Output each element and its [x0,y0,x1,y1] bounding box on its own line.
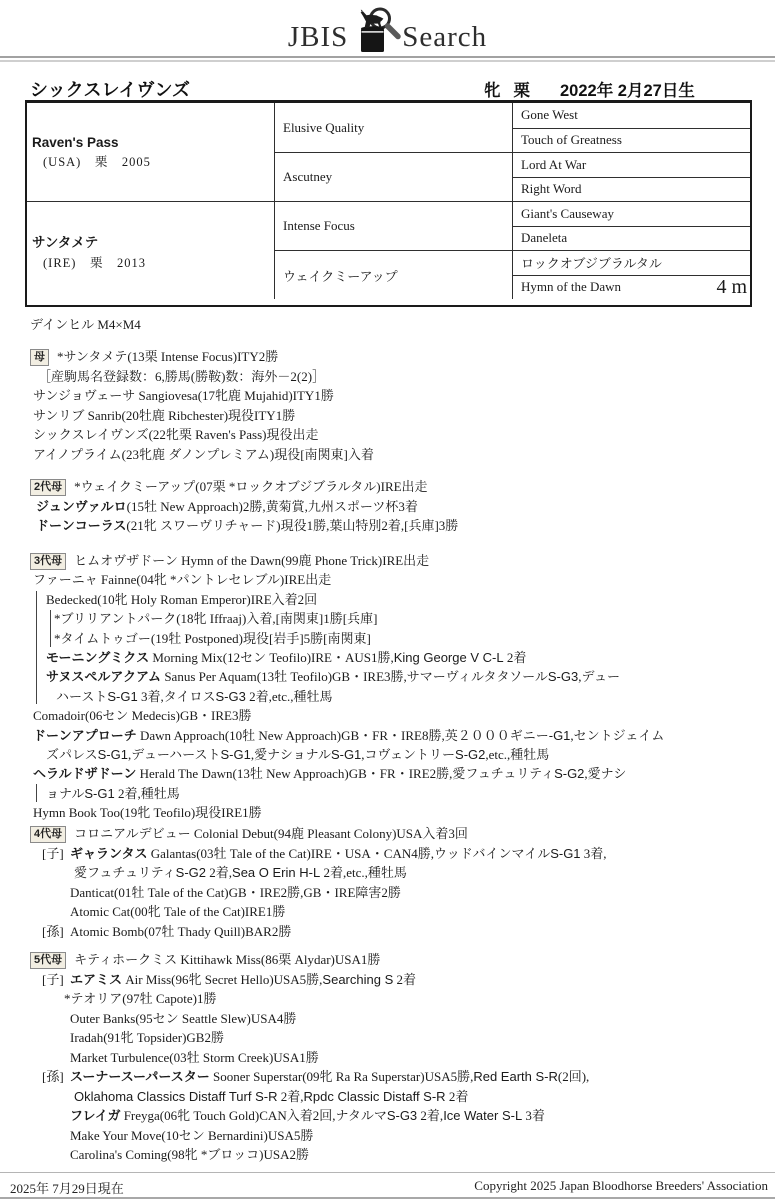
pedigree-text: Searching S [322,972,393,987]
pedigree-text: 愛フュチュリティS-G2 [452,766,584,781]
pedigree-line: Comadoir(06セン Medecis)GB・IRE3勝 [0,706,775,725]
pedigree-text: Outer Banks(95セン Seattle Slew)USA4勝 [70,1011,296,1026]
pedigree-report-page: JBIS Search シックスレイヴンズ 牝 栗 2022年 2月27日生 R… [0,0,775,1200]
horse-profile-summary: 牝 栗 2022年 2月27日生 [484,77,695,101]
fourth-dam-section: 4代母コロニアルデビュー Colonial Debut(94鹿 Pleasant… [0,824,775,941]
pedigree-text: [孫] [42,922,70,942]
pedigree-text: *ウェイクミーアップ(07栗 *ロックオブジブラルタル)IRE出走 [74,479,427,494]
pedigree-text: Dawn Approach(10牡 New Approach)GB・FR・IRE… [137,728,445,743]
pedigree-text: ナタルマS-G3 [335,1108,417,1123]
pedigree-line: ズパレスS-G1,デューハーストS-G1,愛ナショナルS-G1,コヴェントリーS… [0,745,775,764]
dam-name: サンタメテ [32,231,98,251]
pedigree-text: ,etc.,種牡馬 [485,747,549,762]
grandparent-cell: Intense Focus [274,201,512,250]
pedigree-line: Iradah(91牝 Topsider)GB2勝 [0,1028,775,1048]
ancestor-name: Hymn of the Dawn [521,279,621,295]
pedigree-text: Ice Water S-L [443,1108,522,1123]
pedigree-text: ヘラルドザドーン [33,766,136,781]
pedigree-line: サンリブ Sanrib(20牡鹿 Ribchester)現役ITY1勝 [0,406,775,426]
tree-connector-line [50,610,51,647]
pedigree-text: 2着,種牡馬 [115,786,180,801]
great-grandparent-cell: Hymn of the Dawn 4 m [512,275,750,300]
pedigree-line: Danticat(01牡 Tale of the Cat)GB・IRE2勝,GB… [0,883,775,903]
pedigree-text: Atomic Bomb(07牡 Thady Quill)BAR2勝 [70,924,291,939]
dam-section: 母*サンタメテ(13栗 Intense Focus)ITY2勝［産駒馬名登録数：… [0,347,775,464]
pedigree-text: Freyga(06牝 Touch Gold)CAN入着2回, [120,1108,335,1123]
coat-label: 栗 [514,77,531,101]
pedigree-line: 愛フュチュリティS-G2 2着,Sea O Erin H-L 2着,etc.,種… [0,863,775,883]
tree-connector-line [36,784,37,802]
pedigree-text: Market Turbulence(03牡 Storm Creek)USA1勝 [70,1050,319,1065]
pedigree-text: ウッドバインマイルS-G1 [434,846,581,861]
pedigree-text: サヌスペルアクアム [46,669,161,684]
sex-label: 牝 [484,77,501,101]
tree-connector-line [36,591,37,704]
pedigree-line: Make Your Move(10セン Bernardini)USA5勝 [0,1126,775,1146]
pedigree-line: ファーニャ Fainne(04牝 *パントレセレブル)IRE出走 [0,570,775,589]
pedigree-text: ギャランタス [70,846,147,861]
pedigree-line: Atomic Cat(00牝 Tale of the Cat)IRE1勝 [0,902,775,922]
pedigree-text: ハーストS-G1 [56,689,138,704]
great-grandparent-cell: Daneleta [512,226,750,251]
pedigree-text: Rpdc Classic Distaff S-R [304,1089,446,1104]
pedigree-text: 2着, [206,865,232,880]
pedigree-text: *タイムトゥゴー(19牡 Postponed)現役[岩手]5勝[南関東] [54,631,371,646]
pedigree-text: Carolina's Coming(98牝 *ブロッコ)USA2勝 [70,1147,309,1162]
pedigree-text: 2着 [446,1089,469,1104]
pedigree-text: Hymn Book Too(19牝 Teofilo)現役IRE1勝 [33,805,262,820]
pedigree-text: コロニアルデビュー Colonial Debut(94鹿 Pleasant Co… [74,826,468,841]
pedigree-line: Carolina's Coming(98牝 *ブロッコ)USA2勝 [0,1145,775,1165]
footer-date: 2025年 7月29日現在 [10,1178,124,1197]
grandparent-cell: Ascutney [274,152,512,201]
generation-label: 3代母 [30,553,66,570]
pedigree-line: [子]ギャランタス Galantas(03牡 Tale of the Cat)I… [0,844,775,864]
pedigree-text: サマーヴィルタタソールS-G3 [407,669,578,684]
pedigree-text: 2着, [417,1108,443,1123]
pedigree-line: 3代母ヒムオヴザドーン Hymn of the Dawn(99鹿 Phone T… [0,551,775,570]
pedigree-line: [孫]Atomic Bomb(07牡 Thady Quill)BAR2勝 [0,922,775,942]
header-double-rule-top [0,56,775,58]
pedigree-line: Market Turbulence(03牡 Storm Creek)USA1勝 [0,1048,775,1068]
pedigree-text: デューハーストS-G1 [131,747,251,762]
pedigree-text: スーナースーパースター [70,1069,210,1084]
pedigree-line: *タイムトゥゴー(19牡 Postponed)現役[岩手]5勝[南関東] [0,629,775,648]
pedigree-line: モーニングミクス Morning Mix(12セン Teofilo)IRE・AU… [0,648,775,667]
pedigree-text: [子] [42,970,70,990]
pedigree-text: ［産駒馬名登録数：6,勝馬(勝鞍)数：海外－2(2)］ [38,369,325,384]
pedigree-line: 4代母コロニアルデビュー Colonial Debut(94鹿 Pleasant… [0,824,775,844]
pedigree-line: *テオリア(97牡 Capote)1勝 [0,989,775,1009]
family-number: 4 m [716,276,750,299]
pedigree-text: 2着, [277,1089,303,1104]
pedigree-text: Atomic Cat(00牝 Tale of the Cat)IRE1勝 [70,904,285,919]
pedigree-line: ョナルS-G1 2着,種牡馬 [0,784,775,803]
pedigree-text: 2着 [393,972,416,987]
birth-date-label: 2022年 2月27日生 [560,77,695,101]
pedigree-text: ズパレスS-G1 [46,747,128,762]
pedigree-text: 葉山特別 [329,518,381,533]
pedigree-text: タイロスS-G3 [164,689,246,704]
pedigree-text: Oklahoma Classics Distaff Turf S-R [74,1089,277,1104]
pedigree-line: サヌスペルアクアム Sanus Per Aquam(13牡 Teofilo)GB… [0,667,775,686]
pedigree-text: Sanus Per Aquam(13牡 Teofilo)GB・IRE3勝, [161,669,407,684]
pedigree-text: Herald The Dawn(13牡 New Approach)GB・FR・I… [136,766,452,781]
pedigree-text: ジュンヴァルロ [36,499,127,514]
great-grandparent-cell: Gone West [512,103,750,128]
pedigree-text: Comadoir(06セン Medecis)GB・IRE3勝 [33,708,251,723]
pedigree-text: 3着 [522,1108,545,1123]
pedigree-text: (2回), [558,1069,589,1084]
pedigree-text: Sooner Superstar(09牝 Ra Ra Superstar)USA… [210,1069,474,1084]
pedigree-line: Outer Banks(95セン Seattle Slew)USA4勝 [0,1009,775,1029]
logo-text-jbis: JBIS [288,23,348,54]
bottom-rule [0,1197,775,1199]
inbreeding-note: デインヒル M4×M4 [30,314,141,333]
pedigree-text: 愛フュチュリティS-G2 [74,865,206,880]
third-dam-section: 3代母ヒムオヴザドーン Hymn of the Dawn(99鹿 Phone T… [0,551,775,822]
pedigree-text: 3着, [138,689,164,704]
pedigree-line: Oklahoma Classics Distaff Turf S-R 2着,Rp… [0,1087,775,1107]
pedigree-text: Air Miss(96牝 Secret Hello)USA5勝, [122,972,322,987]
pedigree-text: *テオリア(97牡 Capote)1勝 [64,991,216,1006]
pedigree-text: コヴェントリーS-G2 [365,747,486,762]
horse-magnifier-logo-icon [348,6,402,54]
pedigree-text: [孫] [42,1067,70,1087]
logo-text-search: Search [402,23,487,54]
pedigree-text: 2着,[兵庫]3勝 [381,518,458,533]
pedigree-text: 愛ナシ [588,766,627,781]
pedigree-text: 2着,etc.,種牡馬 [320,865,407,880]
pedigree-text: 3着, [581,846,607,861]
pedigree-text: セントジェイム [574,728,665,743]
pedigree-text: 黄菊賞 [266,499,305,514]
pedigree-line: 母*サンタメテ(13栗 Intense Focus)ITY2勝 [0,347,775,367]
pedigree-text: Make Your Move(10セン Bernardini)USA5勝 [70,1128,313,1143]
pedigree-line: フレイガ Freyga(06牝 Touch Gold)CAN入着2回,ナタルマS… [0,1106,775,1126]
pedigree-line: アイノプライム(23牝鹿 ダノンプレミアム)現役[南関東]入着 [0,445,775,465]
generation-label: 母 [30,349,49,366]
footer-rule [0,1172,775,1173]
pedigree-text: アイノプライム(23牝鹿 ダノンプレミアム)現役[南関東]入着 [33,447,374,462]
pedigree-line: ヘラルドザドーン Herald The Dawn(13牡 New Approac… [0,764,775,783]
pedigree-text: モーニングミクス [46,650,149,665]
pedigree-text: Danticat(01牡 Tale of the Cat)GB・IRE2勝,GB… [70,885,401,900]
pedigree-line: Bedecked(10牝 Holy Roman Emperor)IRE入着2回 [0,590,775,609]
pedigree-text: 英２０００ギニー-G1 [445,728,571,743]
pedigree-line: ジュンヴァルロ(15牡 New Approach)2勝,黄菊賞,九州スポーツ杯3… [0,497,775,517]
pedigree-line: [子]エアミス Air Miss(96牝 Secret Hello)USA5勝,… [0,970,775,990]
horse-name-title: シックスレイヴンズ [30,76,190,102]
pedigree-text: ドーンアプローチ [33,728,137,743]
pedigree-text: サンリブ Sanrib(20牡鹿 Ribchester)現役ITY1勝 [33,408,295,423]
generation-label: 2代母 [30,479,66,496]
pedigree-line: 2代母*ウェイクミーアップ(07栗 *ロックオブジブラルタル)IRE出走 [0,477,775,497]
sire-name: Raven's Pass [32,135,119,150]
grandparent-cell: ウェイクミーアップ [274,250,512,299]
dam-cell: サンタメテ (IRE) 栗 2013 [27,201,274,299]
pedigree-line: Hymn Book Too(19牝 Teofilo)現役IRE1勝 [0,803,775,822]
pedigree-text: サンジョヴェーサ Sangiovesa(17牝鹿 Mujahid)ITY1勝 [33,388,334,403]
jbis-search-logo: JBIS Search [0,6,775,54]
great-grandparent-cell: Right Word [512,177,750,202]
pedigree-text: ドーンコーラス [36,518,126,533]
pedigree-text: 3着 [398,499,418,514]
pedigree-text: Morning Mix(12セン Teofilo)IRE・AUS1勝, [149,650,394,665]
pedigree-line: シックスレイヴンズ(22牝栗 Raven's Pass)現役出走 [0,425,775,445]
pedigree-text: Red Earth S-R [473,1069,558,1084]
pedigree-text: *サンタメテ(13栗 Intense Focus)ITY2勝 [57,349,278,364]
great-grandparent-cell: Giant's Causeway [512,201,750,226]
fifth-dam-section: 5代母キティホークミス Kittihawk Miss(86栗 Alydar)US… [0,950,775,1165]
pedigree-text: *ブリリアントパーク(18牝 Iffraaj)入着,[南関東]1勝[兵庫] [54,611,377,626]
pedigree-text: Iradah(91牝 Topsider)GB2勝 [70,1030,224,1045]
pedigree-text: シックスレイヴンズ(22牝栗 Raven's Pass)現役出走 [33,427,318,442]
pedigree-text: 九州スポーツ杯 [308,499,398,514]
pedigree-text: ファーニャ Fainne(04牝 *パントレセレブル)IRE出走 [33,572,331,587]
pedigree-text: フレイガ [70,1108,120,1123]
pedigree-line: [孫]スーナースーパースター Sooner Superstar(09牝 Ra R… [0,1067,775,1087]
pedigree-table: Raven's Pass (USA) 栗 2005 サンタメテ (IRE) 栗 … [25,100,752,307]
pedigree-text: Bedecked(10牝 Holy Roman Emperor)IRE入着2回 [46,592,317,607]
great-grandparent-cell: ロックオブジブラルタル [512,250,750,275]
pedigree-line: サンジョヴェーサ Sangiovesa(17牝鹿 Mujahid)ITY1勝 [0,386,775,406]
grandparent-cell: Elusive Quality [274,103,512,152]
pedigree-text: (15牡 New Approach)2勝, [127,499,266,514]
pedigree-text: ヒムオヴザドーン Hymn of the Dawn(99鹿 Phone Tric… [74,553,429,568]
dam-meta: (IRE) 栗 2013 [32,253,146,271]
sire-cell: Raven's Pass (USA) 栗 2005 [27,103,274,201]
pedigree-line: 5代母キティホークミス Kittihawk Miss(86栗 Alydar)US… [0,950,775,970]
pedigree-text: [子] [42,844,70,864]
pedigree-text: (21牝 スワーヴリチャード)現役1勝, [126,518,329,533]
pedigree-line: ドーンコーラス(21牝 スワーヴリチャード)現役1勝,葉山特別2着,[兵庫]3勝 [0,516,775,536]
header-double-rule-bottom [0,60,775,62]
pedigree-text: デュー [581,669,620,684]
great-grandparent-cell: Lord At War [512,152,750,177]
footer-copyright: Copyright 2025 Japan Bloodhorse Breeders… [474,1178,768,1194]
generation-label: 4代母 [30,826,66,843]
great-grandparent-cell: Touch of Greatness [512,128,750,153]
pedigree-text: エアミス [70,972,122,987]
pedigree-line: *ブリリアントパーク(18牝 Iffraaj)入着,[南関東]1勝[兵庫] [0,609,775,628]
pedigree-text: Galantas(03牡 Tale of the Cat)IRE・USA・CAN… [147,846,433,861]
pedigree-text: Sea O Erin H-L [232,865,320,880]
pedigree-text: キティホークミス Kittihawk Miss(86栗 Alydar)USA1勝 [74,952,380,967]
generation-label: 5代母 [30,952,66,969]
second-dam-section: 2代母*ウェイクミーアップ(07栗 *ロックオブジブラルタル)IRE出走ジュンヴ… [0,477,775,536]
pedigree-text: ョナルS-G1 [46,786,115,801]
pedigree-line: ドーンアプローチ Dawn Approach(10牡 New Approach)… [0,726,775,745]
pedigree-line: ［産駒馬名登録数：6,勝馬(勝鞍)数：海外－2(2)］ [0,367,775,387]
pedigree-text: 愛ナショナルS-G1 [254,747,361,762]
pedigree-text: 2着 [504,650,527,665]
sire-meta: (USA) 栗 2005 [32,152,151,170]
pedigree-text: 2着,etc.,種牡馬 [246,689,333,704]
pedigree-line: ハーストS-G1 3着,タイロスS-G3 2着,etc.,種牡馬 [0,687,775,706]
pedigree-text: King George V C-L [394,650,504,665]
